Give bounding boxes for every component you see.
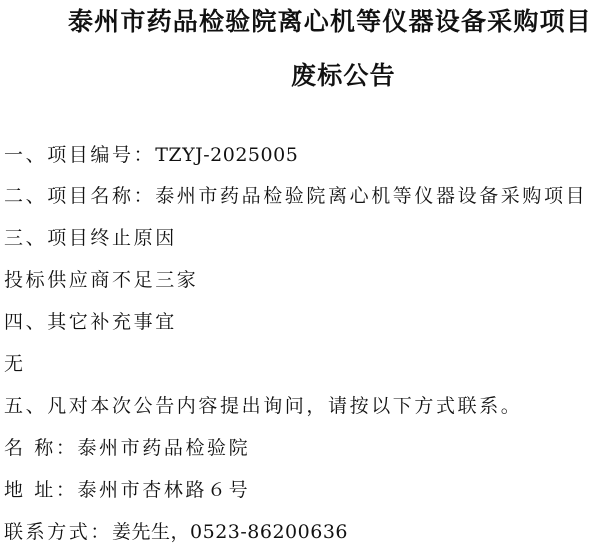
contact-phone-line: 联系方式：姜先生，0523-86200636 (4, 520, 348, 544)
project-number-line: 一、项目编号：TZYJ-2025005 (4, 143, 298, 167)
contact-phone-label: 联系方式： (4, 521, 112, 543)
document-title: 泰州市药品检验院离心机等仪器设备采购项目 (0, 7, 600, 37)
project-number-label: 一、项目编号： (4, 144, 155, 166)
project-name-label: 二、项目名称： (4, 185, 155, 207)
termination-reason-text: 投标供应商不足三家 (4, 268, 198, 292)
other-matters-heading: 四、其它补充事宜 (4, 310, 177, 334)
announcement-document: 泰州市药品检验院离心机等仪器设备采购项目 废标公告 一、项目编号：TZYJ-20… (0, 0, 600, 545)
contact-name-value: 泰州市药品检验院 (77, 437, 250, 459)
other-matters-text: 无 (4, 352, 26, 376)
contact-phone-value: 姜先生，0523-86200636 (112, 521, 348, 543)
termination-reason-heading: 三、项目终止原因 (4, 226, 177, 250)
contact-address-value: 泰州市杏林路６号 (77, 479, 250, 501)
inquiry-heading: 五、凡对本次公告内容提出询问，请按以下方式联系。 (4, 394, 522, 418)
project-number-value: TZYJ-2025005 (155, 144, 298, 166)
project-name-value: 泰州市药品检验院离心机等仪器设备采购项目 (155, 185, 587, 207)
project-name-line: 二、项目名称：泰州市药品检验院离心机等仪器设备采购项目 (4, 184, 587, 208)
contact-address-line: 地 址：泰州市杏林路６号 (4, 478, 250, 502)
contact-name-label: 名 称： (4, 437, 77, 459)
contact-name-line: 名 称：泰州市药品检验院 (4, 436, 250, 460)
contact-address-label: 地 址： (4, 479, 77, 501)
document-subtitle: 废标公告 (291, 61, 600, 91)
